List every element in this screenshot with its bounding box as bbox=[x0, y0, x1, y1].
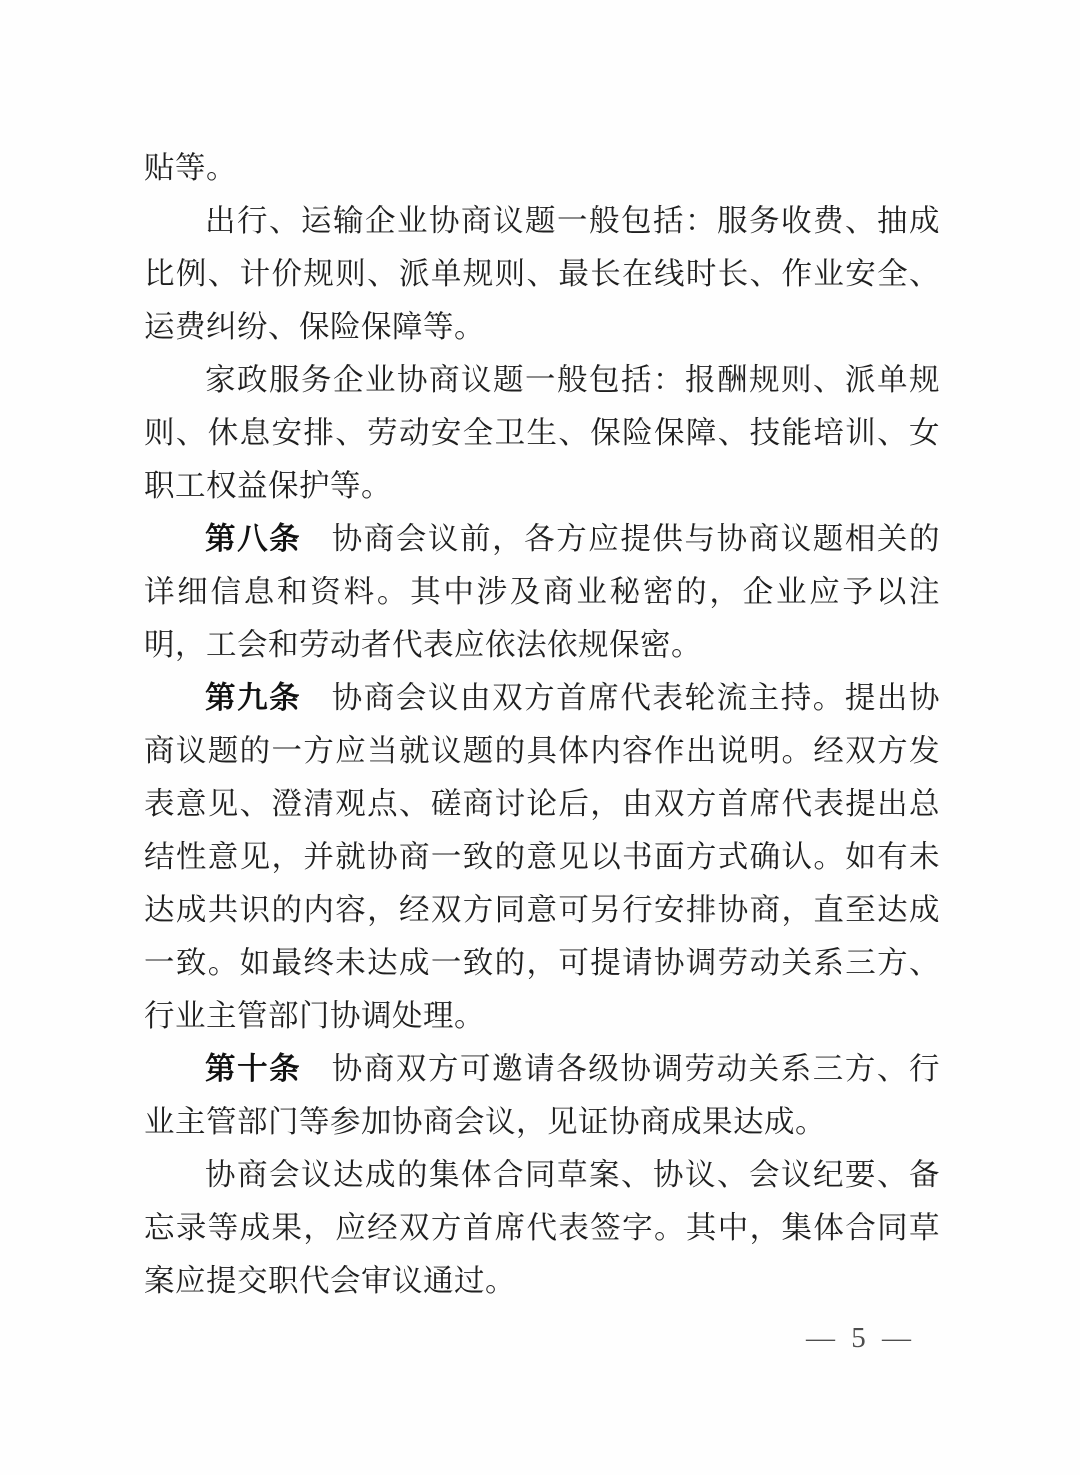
paragraph-text: 协商会议达成的集体合同草案、协议、会议纪要、备忘录等成果，应经双方首席代表签字。… bbox=[144, 1158, 940, 1298]
document-body: 贴等。 出行、运输企业协商议题一般包括：服务收费、抽成比例、计价规则、派单规则、… bbox=[144, 142, 940, 1308]
article-number: 第十条 bbox=[205, 1052, 301, 1086]
paragraph-text: 贴等。 bbox=[144, 151, 237, 185]
paragraph: 协商会议达成的集体合同草案、协议、会议纪要、备忘录等成果，应经双方首席代表签字。… bbox=[144, 1149, 940, 1308]
paragraph-text: 出行、运输企业协商议题一般包括：服务收费、抽成比例、计价规则、派单规则、最长在线… bbox=[144, 204, 940, 344]
document-page: 贴等。 出行、运输企业协商议题一般包括：服务收费、抽成比例、计价规则、派单规则、… bbox=[0, 0, 1080, 1475]
paragraph: 出行、运输企业协商议题一般包括：服务收费、抽成比例、计价规则、派单规则、最长在线… bbox=[144, 195, 940, 354]
paragraph-text: 家政服务企业协商议题一般包括：报酬规则、派单规则、休息安排、劳动安全卫生、保险保… bbox=[144, 363, 940, 503]
paragraph: 贴等。 bbox=[144, 142, 940, 195]
article-number: 第八条 bbox=[205, 522, 301, 556]
article-number: 第九条 bbox=[205, 681, 301, 715]
article-paragraph: 第十条协商双方可邀请各级协调劳动关系三方、行业主管部门等参加协商会议，见证协商成… bbox=[144, 1043, 940, 1149]
paragraph: 家政服务企业协商议题一般包括：报酬规则、派单规则、休息安排、劳动安全卫生、保险保… bbox=[144, 354, 940, 513]
paragraph-text: 协商会议由双方首席代表轮流主持。提出协商议题的一方应当就议题的具体内容作出说明。… bbox=[144, 681, 940, 1033]
article-paragraph: 第八条协商会议前，各方应提供与协商议题相关的详细信息和资料。其中涉及商业秘密的，… bbox=[144, 513, 940, 672]
article-paragraph: 第九条协商会议由双方首席代表轮流主持。提出协商议题的一方应当就议题的具体内容作出… bbox=[144, 672, 940, 1043]
page-number: — 5 — bbox=[806, 1318, 912, 1358]
